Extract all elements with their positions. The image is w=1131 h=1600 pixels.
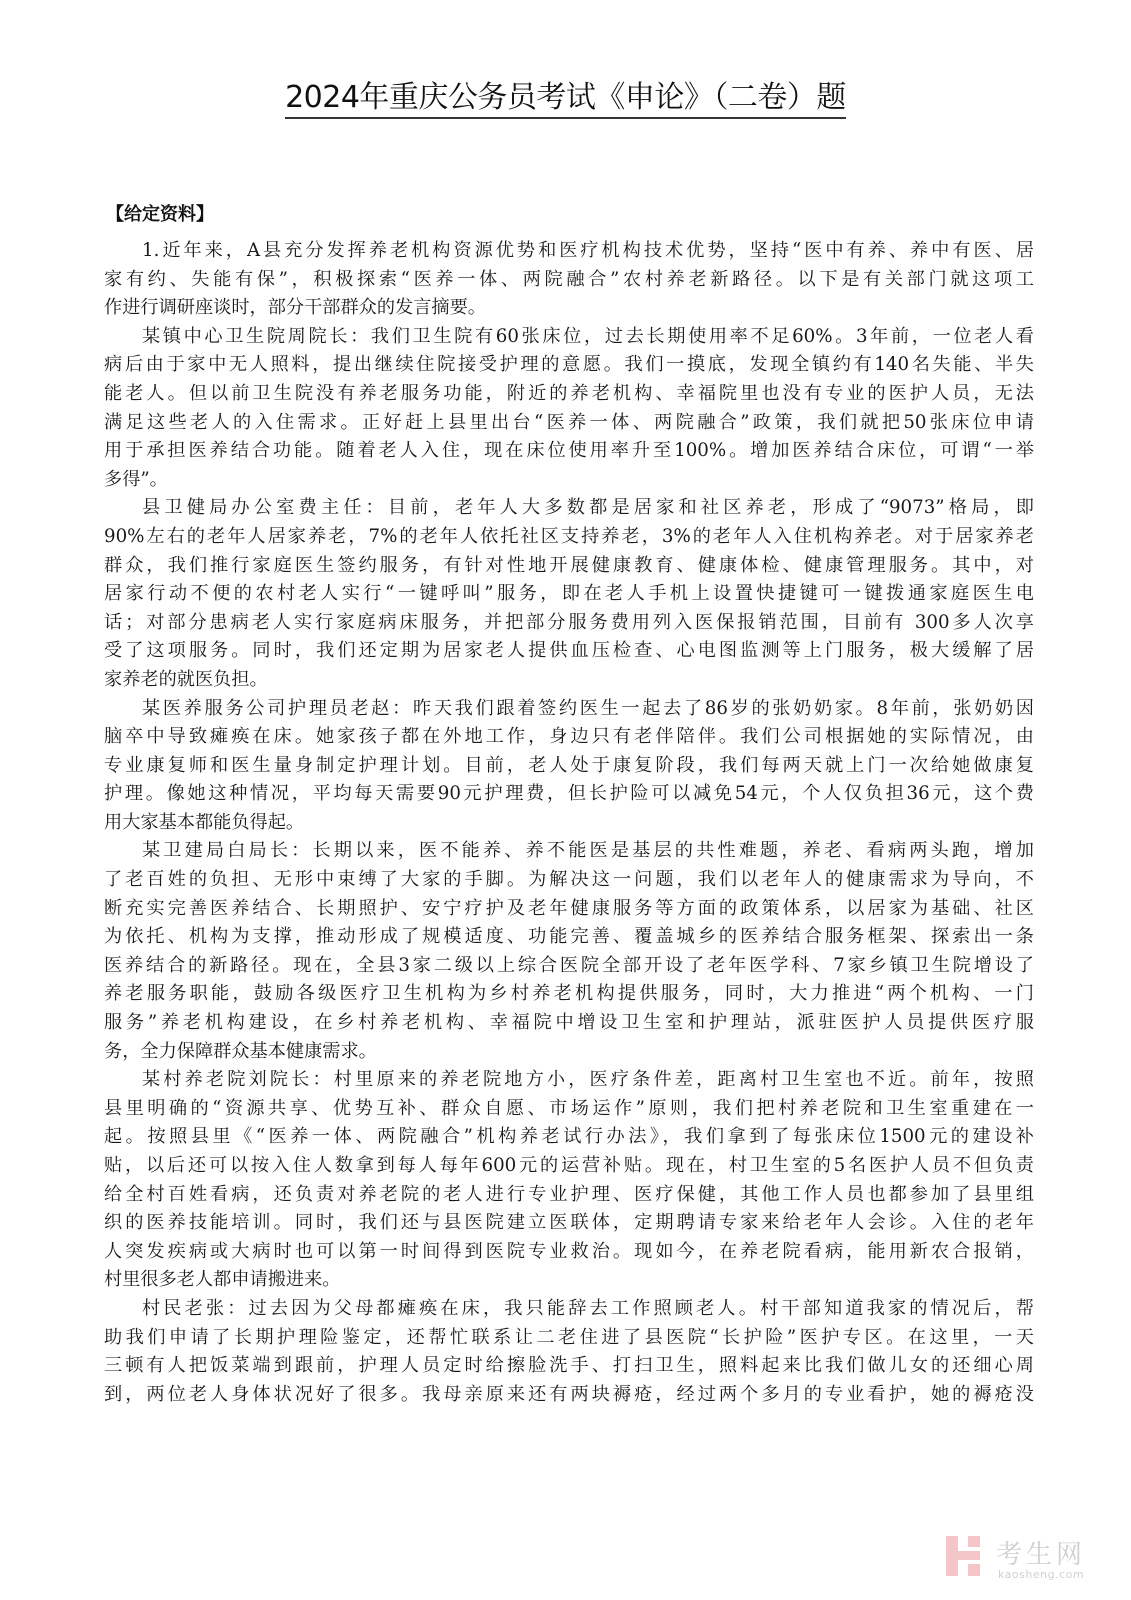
text-line: 能老人。但以前卫生院没有养老服务功能，附近的养老机构、幸福院里也没有专业的医护人… xyxy=(104,380,1034,409)
text-line: 居家行动不便的农村老人实行“一键呼叫”服务，即在老人手机上设置快捷键可一键拨通家… xyxy=(104,580,1034,609)
text-line: 到，两位老人身体状况好了很多。我母亲原来还有两块褥疮，经过两个多月的专业看护，她… xyxy=(104,1381,1034,1410)
text-line: 起。按照县里《“医养一体、两院融合”机构养老试行办法》，我们拿到了每张床位150… xyxy=(104,1123,1034,1152)
text-line: 家有约、失能有保”，积极探索“医养一体、两院融合”农村养老新路径。以下是有关部门… xyxy=(104,266,1034,295)
text-line: 病后由于家中无人照料，提出继续住院接受护理的意愿。我们一摸底，发现全镇约有140… xyxy=(104,351,1034,380)
document-title: 2024年重庆公务员考试《申论》（二卷）题 xyxy=(0,78,1131,118)
text-line: 服务”养老机构建设，在乡村养老机构、幸福院中增设卫生室和护理站，派驻医护人员提供… xyxy=(104,1009,1034,1038)
text-line: 务，全力保障群众基本健康需求。 xyxy=(104,1038,1034,1067)
text-line: 90%左右的老年人居家养老，7%的老年人依托社区支持养老，3%的老年人入住机构养… xyxy=(104,523,1034,552)
text-line: 县卫健局办公室费主任：目前，老年人大多数都是居家和社区养老，形成了“9073”格… xyxy=(104,494,1034,523)
text-line: 某卫建局白局长：长期以来，医不能养、养不能医是基层的共性难题，养老、看病两头跑，… xyxy=(104,837,1034,866)
text-line: 某镇中心卫生院周院长：我们卫生院有60张床位，过去长期使用率不足60%。3年前，… xyxy=(104,323,1034,352)
text-line: 养老服务职能，鼓励各级医疗卫生机构为乡村养老机构提供服务，同时，大力推进“两个机… xyxy=(104,980,1034,1009)
watermark-name: 考生网 xyxy=(996,1534,1086,1571)
text-line: 用于承担医养结合功能。随着老人入住，现在床位使用率升至100%。增加医养结合床位… xyxy=(104,437,1034,466)
text-line: 贴，以后还可以按入住人数拿到每人每年600元的运营补贴。现在，村卫生室的5名医护… xyxy=(104,1152,1034,1181)
document-title-text: 2024年重庆公务员考试《申论》（二卷）题 xyxy=(285,80,846,119)
text-line: 人突发疾病或大病时也可以第一时间得到医院专业救治。现如今，在养老院看病，能用新农… xyxy=(104,1238,1034,1267)
watermark-mark-icon xyxy=(946,1536,980,1576)
text-line: 村民老张：过去因为父母都瘫痪在床，我只能辞去工作照顾老人。村干部知道我家的情况后… xyxy=(104,1295,1034,1324)
text-line: 受了这项服务。同时，我们还定期为居家老人提供血压检查、心电图监测等上门服务，极大… xyxy=(104,637,1034,666)
section-heading: 【给定资料】 xyxy=(106,202,214,228)
watermark-logo: 考生网 kaosheng.com xyxy=(946,1532,1116,1588)
text-line: 群众，我们推行家庭医生签约服务，有针对性地开展健康教育、健康体检、健康管理服务。… xyxy=(104,552,1034,581)
text-line: 护理。像她这种情况，平均每天需要90元护理费，但长护险可以减免54元，个人仅负担… xyxy=(104,780,1034,809)
text-line: 了老百姓的负担、无形中束缚了大家的手脚。为解决这一问题，我们以老年人的健康需求为… xyxy=(104,866,1034,895)
text-line: 满足这些老人的入住需求。正好赶上县里出台“医养一体、两院融合”政策，我们就把50… xyxy=(104,409,1034,438)
text-line: 村里很多老人都申请搬进来。 xyxy=(104,1266,1034,1295)
text-line: 给全村百姓看病，还负责对养老院的老人进行专业护理、医疗保健，其他工作人员也都参加… xyxy=(104,1181,1034,1210)
text-line: 三顿有人把饭菜端到跟前，护理人员定时给擦脸洗手、打扫卫生，照料起来比我们做儿女的… xyxy=(104,1352,1034,1381)
watermark-domain: kaosheng.com xyxy=(998,1568,1084,1581)
text-line: 某村养老院刘院长：村里原来的养老院地方小，医疗条件差，距离村卫生室也不近。前年，… xyxy=(104,1066,1034,1095)
document-body: 1.近年来，A县充分发挥养老机构资源优势和医疗机构技术优势，坚持“医中有养、养中… xyxy=(104,237,1034,1409)
text-line: 医养结合的新路径。现在，全县3家二级以上综合医院全部开设了老年医学科、7家乡镇卫… xyxy=(104,952,1034,981)
text-line: 为依托、机构为支撑，推动形成了规模适度、功能完善、覆盖城乡的医养结合服务框架、探… xyxy=(104,923,1034,952)
text-line: 某医养服务公司护理员老赵：昨天我们跟着签约医生一起去了86岁的张奶奶家。8年前，… xyxy=(104,695,1034,724)
text-line: 家养老的就医负担。 xyxy=(104,666,1034,695)
text-line: 县里明确的“资源共享、优势互补、群众自愿、市场运作”原则，我们把村养老院和卫生室… xyxy=(104,1095,1034,1124)
text-line: 作进行调研座谈时，部分干部群众的发言摘要。 xyxy=(104,294,1034,323)
text-line: 织的医养技能培训。同时，我们还与县医院建立医联体，定期聘请专家来给老年人会诊。入… xyxy=(104,1209,1034,1238)
text-line: 多得”。 xyxy=(104,466,1034,495)
text-line: 断充实完善医养结合、长期照护、安宁疗护及老年健康服务等方面的政策体系，以居家为基… xyxy=(104,895,1034,924)
text-line: 脑卒中导致瘫痪在床。她家孩子都在外地工作，身边只有老伴陪伴。我们公司根据她的实际… xyxy=(104,723,1034,752)
text-line: 专业康复师和医生量身制定护理计划。目前，老人处于康复阶段，我们每两天就上门一次给… xyxy=(104,752,1034,781)
text-line: 1.近年来，A县充分发挥养老机构资源优势和医疗机构技术优势，坚持“医中有养、养中… xyxy=(104,237,1034,266)
text-line: 话；对部分患病老人实行家庭病床服务，并把部分服务费用列入医保报销范围，目前有 3… xyxy=(104,609,1034,638)
text-line: 助我们申请了长期护理险鉴定，还帮忙联系让二老住进了县医院“长护险”医护专区。在这… xyxy=(104,1324,1034,1353)
text-line: 用大家基本都能负得起。 xyxy=(104,809,1034,838)
